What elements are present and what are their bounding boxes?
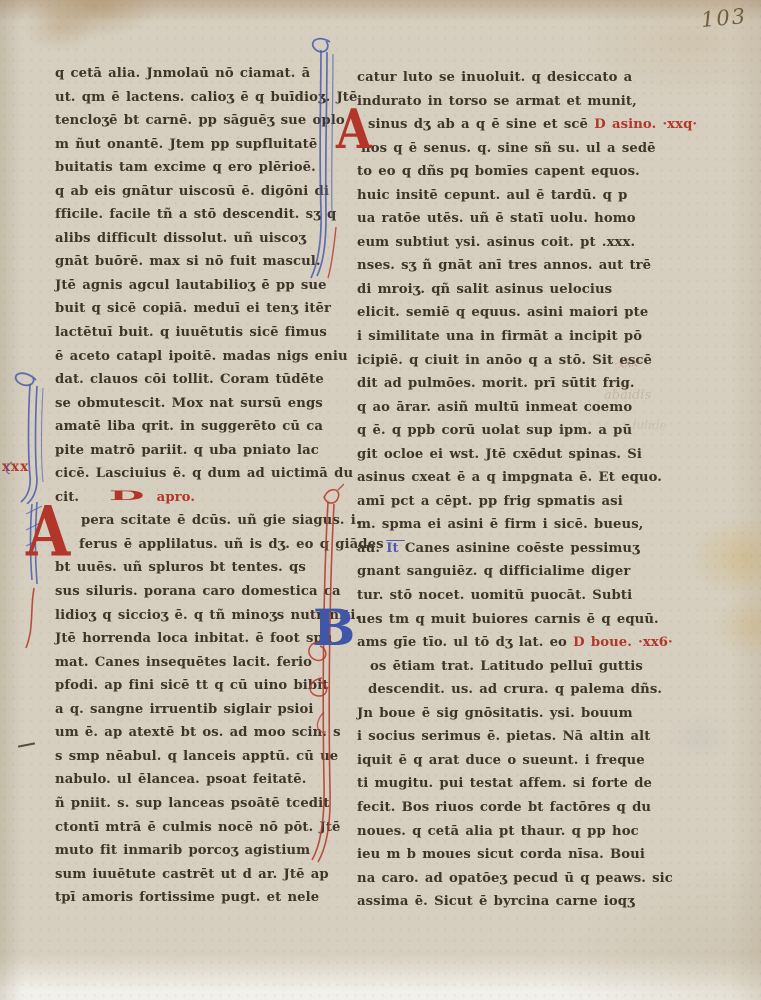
text-line: i socius serimus ē. pietas. Nā altin alt (357, 725, 657, 749)
body-text: tur. stō nocet. uomitū puocāt. Subti (357, 588, 632, 603)
body-text: Jn boue ē sig gnōsitatis. ysi. bouum (357, 706, 633, 721)
text-line: q cetā alia. Jnmolaū nō ciamat. ā (55, 62, 333, 86)
body-text: ieu m b moues sicut corda nīsa. Boui (357, 847, 645, 862)
body-text: git ocloe ei wst. Jtē cxēdut spinas. Si (357, 447, 642, 462)
text-line: buit q sicē copiā. meduī ei tenʒ itēr (55, 297, 333, 321)
body-text: ti mugitu. pui testat affem. si forte de (357, 776, 652, 791)
body-text: ams gīe tīo. ul tō dʒ lat. eo (357, 635, 573, 650)
text-line: dat. clauos cōi tollit. Coram tūdēte (55, 368, 333, 392)
body-text: huic insitē cepunt. aul ē tardū. q p (357, 188, 627, 203)
text-line: git ocloe ei wst. Jtē cxēdut spinas. Si (357, 443, 657, 467)
body-text: tpī amoris fortissime pugt. et nele (55, 890, 319, 905)
body-text: dat. clauos cōi tollit. Coram tūdēte (55, 372, 324, 387)
text-line: buitatis tam excime q ero plērioē. (55, 156, 333, 180)
body-text: au. (357, 541, 386, 556)
body-text: nses. sʒ ñ gnāt anī tres annos. aut trē (357, 258, 651, 273)
body-text: to eo q dñs pq bomīes capent equos. (357, 164, 640, 179)
text-line: fficile. facile tñ a stō descendit. sʒ q (55, 203, 333, 227)
text-line: noues. q cetā alia pt thaur. q pp hoc (357, 820, 657, 844)
text-line: fecit. Bos riuos corde bt factōres q du (357, 796, 657, 820)
text-line: ut. qm ē lactens. calioʒ ē q buīdioʒ. Jt… (55, 86, 333, 110)
text-line: nses. sʒ ñ gnāt anī tres annos. aut trē (357, 254, 657, 278)
text-line: cicē. Lasciuius ē. q dum ad uictimā du (55, 462, 333, 486)
body-text: indurato in torso se armat et munit, (357, 94, 637, 109)
body-text: eum subtiut ysi. asinus coit. pt .xxx. (357, 235, 635, 250)
body-text: alibs difficult dissolut. uñ uiscoʒ (55, 231, 306, 246)
text-line: di mroiʒ. qñ salit asinus uelocius (357, 278, 657, 302)
text-line: um ē. ap atextē bt os. ad moo scin. s (55, 721, 333, 745)
initial-b-bove: B (313, 603, 355, 653)
body-text: s smp nēabul. q lanceis apptū. cū ue (55, 749, 338, 764)
text-line: mat. Canes insequētes lacit. ferio (55, 651, 333, 675)
body-text: cicē. Lasciuius ē. q dum ad uictimā du (55, 466, 353, 481)
text-line: gnāt buōrē. max si nō fuit mascul. (55, 250, 333, 274)
text-line: q ē. q ppb corū uolat sup ipm. a pū (357, 419, 657, 443)
text-line: ieu m b moues sicut corda nīsa. Boui (357, 843, 657, 867)
body-text: gnāt buōrē. max si nō fuit mascul. (55, 254, 321, 269)
text-line: sinus dʒ ab a q ē sine et scē D asino. ·… (357, 113, 657, 137)
body-text: di mroiʒ. qñ salit asinus uelocius (357, 282, 612, 297)
text-line: catur luto se inuoluit. q desiccato a (357, 66, 657, 90)
margin-correction-dash (18, 742, 35, 747)
text-line: q ab eis gnātur uiscosū ē. digōni di (55, 180, 333, 204)
text-line: lidioʒ q siccioʒ ē. q tñ minoʒs nutr nit… (55, 604, 333, 628)
text-line: amī pct a cēpt. pp frig spmatis asi (357, 490, 657, 514)
text-line: Jtē agnis agcul lautabilioʒ ē pp sue (55, 274, 333, 298)
text-line: ua ratōe utēs. uñ ē statī uolu. homo (357, 207, 657, 231)
text-line: pfodi. ap fini sicē tt q cū uino bibit (55, 674, 333, 698)
text-line: nabulo. ul ēlancea. psoat feitatē. (55, 768, 333, 792)
body-text: q ab eis gnātur uiscosū ē. digōni di (55, 184, 329, 199)
text-line: to eo q dñs pq bomīes capent equos. (357, 160, 657, 184)
body-text: na caro. ad opatōeʒ pecud ū q peaws. sic (357, 871, 673, 886)
text-line: gnant sanguiēz. q difficialime diger (357, 560, 657, 584)
text-line: tpī amoris fortissime pugt. et nele (55, 886, 333, 910)
body-text: se obmutescit. Mox nat sursū engs (55, 396, 323, 411)
text-line: alibs difficult dissolut. uñ uiscoʒ (55, 227, 333, 251)
body-text: Canes asinine coēste pessimuʒ (405, 541, 640, 556)
body-text: fecit. Bos riuos corde bt factōres q du (357, 800, 651, 815)
text-line: assima ē. Sicut ē byrcina carne ioqʒ (357, 890, 657, 914)
text-line: pite matrō pariit. q uba pniato lac (55, 439, 333, 463)
body-text: m ñut onantē. Jtem pp supfluitatē (55, 137, 317, 152)
initial-a-apro: A (26, 497, 70, 567)
body-text: ues tm q muit buiores carnis ē q equū. (357, 612, 659, 627)
rubric-initial-d: D (109, 485, 145, 509)
body-text: asinus cxeat ē a q impgnata ē. Et equo. (357, 470, 662, 485)
text-line: ti mugitu. pui testat affem. si forte de (357, 772, 657, 796)
body-text: i similitate una in firmāt a incipit pō (357, 329, 642, 344)
body-text: mat. Canes insequētes lacit. ferio (55, 655, 312, 670)
text-line: cit.Dapro. (55, 486, 333, 510)
body-text: noues. q cetā alia pt thaur. q pp hoc (357, 824, 639, 839)
text-line: s smp nēabul. q lanceis apptū. cū ue (55, 745, 333, 769)
text-line: m ñut onantē. Jtem pp supfluitatē (55, 133, 333, 157)
body-text: ñ pniit. s. sup lanceas psoātē tcedit (55, 796, 329, 811)
body-text: os ētiam trat. Latitudo pelluī guttis (370, 659, 643, 674)
initial-a-asino: A (336, 102, 372, 156)
body-text: buitatis tam excime q ero plērioē. (55, 160, 316, 175)
text-line: tencloʒē bt carnē. pp sāguēʒ sue oplo (55, 109, 333, 133)
body-text: m. spma ei asini ē firm i sicē. bueus, (357, 517, 643, 532)
text-line: sus siluris. porana caro domestica ca (55, 580, 333, 604)
body-text: pfodi. ap fini sicē tt q cū uino bibit (55, 678, 329, 693)
text-line: i similitate una in firmāt a incipit pō (357, 325, 657, 349)
body-text: tencloʒē bt carnē. pp sāguēʒ sue oplo (55, 113, 345, 128)
text-line: icipiē. q ciuit in anōo q a stō. Sit esc… (357, 349, 657, 373)
body-text: gnant sanguiēz. q difficialime diger (357, 564, 630, 579)
text-line: descendit. us. ad crura. q palema dñs. (357, 678, 657, 702)
text-line: ferus ē applilatus. uñ is dʒ. eo q giāde… (55, 533, 333, 557)
faded-marginalia-numeral: ·xxx· (614, 355, 643, 371)
body-text: buit q sicē copiā. meduī ei tenʒ itēr (55, 301, 331, 316)
body-text: assima ē. Sicut ē byrcina carne ioqʒ (357, 894, 635, 909)
left-text-column: q cetā alia. Jnmolaū nō ciamat. āut. qm … (55, 62, 333, 910)
rubric-text: apro. (157, 490, 195, 505)
text-line: m. spma ei asini ē firm i sicē. bueus, (357, 513, 657, 537)
body-text: ua ratōe utēs. uñ ē statī uolu. homo (357, 211, 636, 226)
text-line: au. It Canes asinine coēste pessimuʒ (357, 537, 657, 561)
text-line: Jtē horrenda loca inbitat. ē foot spu (55, 627, 333, 651)
text-line: ē aceto catapl ipoitē. madas nigs eniu (55, 345, 333, 369)
body-text: ē aceto catapl ipoitē. madas nigs eniu (55, 349, 348, 364)
text-line: pera scitate ē dcūs. uñ gie siagus. i. (55, 509, 333, 533)
text-line: a q. sangne irruentib siglair psioi (55, 698, 333, 722)
text-line: eum subtiut ysi. asinus coit. pt .xxx. (357, 231, 657, 255)
faded-marginalia-word: abaidis (604, 388, 651, 403)
text-line: iquit ē q arat duce o sueunt. i freque (357, 749, 657, 773)
text-line: ues tm q muit buiores carnis ē q equū. (357, 608, 657, 632)
red-pen-flourish-bove (298, 482, 344, 868)
text-line: Jn boue ē sig gnōsitatis. ysi. bouum (357, 702, 657, 726)
body-text: i socius serimus ē. pietas. Nā altin alt (357, 729, 650, 744)
body-text: iquit ē q arat duce o sueunt. i freque (357, 753, 645, 768)
text-line: huic insitē cepunt. aul ē tardū. q p (357, 184, 657, 208)
text-line: se obmutescit. Mox nat sursū engs (55, 392, 333, 416)
rubric-text: D boue. ·xx6· (573, 635, 673, 650)
rubric-text: D asino. ·xxq· (594, 117, 697, 132)
manuscript-page: 103 q cetā alia. Jnmolaū nō ciamat. āut.… (0, 0, 761, 1000)
body-text: lactētuī buit. q iuuētutis sicē fimus (55, 325, 327, 340)
text-line: asinus cxeat ē a q impgnata ē. Et equo. (357, 466, 657, 490)
body-text: icipiē. q ciuit in anōo q a stō. Sit esc… (357, 353, 652, 368)
text-line: na caro. ad opatōeʒ pecud ū q peaws. sic (357, 867, 657, 891)
body-text: descendit. us. ad crura. q palema dñs. (368, 682, 662, 697)
text-line: ñ pniit. s. sup lanceas psoātē tcedit (55, 792, 333, 816)
body-text: amī pct a cēpt. pp frig spmatis asi (357, 494, 623, 509)
text-line: os ētiam trat. Latitudo pelluī guttis (357, 655, 657, 679)
text-line: lactētuī buit. q iuuētutis sicē fimus (55, 321, 333, 345)
body-text: sinus dʒ ab a q ē sine et scē (368, 117, 594, 132)
body-text: elicit. semiē q equus. asini maiori pte (357, 305, 648, 320)
blue-pen-flourish-left-margin (2, 366, 52, 504)
faded-marginalia-word-2: y lulide (622, 417, 667, 433)
body-text: a q. sangne irruentib siglair psioi (55, 702, 314, 717)
text-line: nos q ē senus. q. sine sñ su. ul a sedē (357, 137, 657, 161)
text-line: ctontī mtrā ē culmis nocē nō pōt. Jtē (55, 816, 333, 840)
body-text: fficile. facile tñ a stō descendit. sʒ q (55, 207, 336, 222)
right-text-column: catur luto se inuoluit. q desiccato aind… (357, 66, 657, 914)
body-text: amatē liba qrit. in suggerēto cū ca (55, 419, 323, 434)
blue-paraph-mark: It (386, 541, 405, 556)
text-line: elicit. semiē q equus. asini maiori pte (357, 301, 657, 325)
body-text: q ao ārar. asiñ multū inmeat coemo (357, 400, 632, 415)
body-text: q cetā alia. Jnmolaū nō ciamat. ā (55, 66, 310, 81)
text-line: amatē liba qrit. in suggerēto cū ca (55, 415, 333, 439)
body-text: catur luto se inuoluit. q desiccato a (357, 70, 632, 85)
text-line: tur. stō nocet. uomitū puocāt. Subti (357, 584, 657, 608)
text-line: muto fit inmarib porcoʒ agistium (55, 839, 333, 863)
body-text: Jtē horrenda loca inbitat. ē foot spu (55, 631, 333, 646)
body-text: nabulo. ul ēlancea. psoat feitatē. (55, 772, 306, 787)
text-line: indurato in torso se armat et munit, (357, 90, 657, 114)
text-line: bt uuēs. uñ spluros bt tentes. qs (55, 556, 333, 580)
body-text: pite matrō pariit. q uba pniato lac (55, 443, 319, 458)
body-text: sum iuuētute castrēt ut d ar. Jtē ap (55, 867, 329, 882)
text-line: sum iuuētute castrēt ut d ar. Jtē ap (55, 863, 333, 887)
body-text: Jtē agnis agcul lautabilioʒ ē pp sue (55, 278, 327, 293)
text-line: ams gīe tīo. ul tō dʒ lat. eo D boue. ·x… (357, 631, 657, 655)
body-text: nos q ē senus. q. sine sñ su. ul a sedē (361, 141, 656, 156)
folio-page-number: 103 (700, 4, 748, 32)
body-text: dit ad pulmōes. morit. prī sūtit frig. (357, 376, 635, 391)
body-text: bt uuēs. uñ spluros bt tentes. qs (55, 560, 306, 575)
body-text: muto fit inmarib porcoʒ agistium (55, 843, 310, 858)
body-text: q ē. q ppb corū uolat sup ipm. a pū (357, 423, 632, 438)
